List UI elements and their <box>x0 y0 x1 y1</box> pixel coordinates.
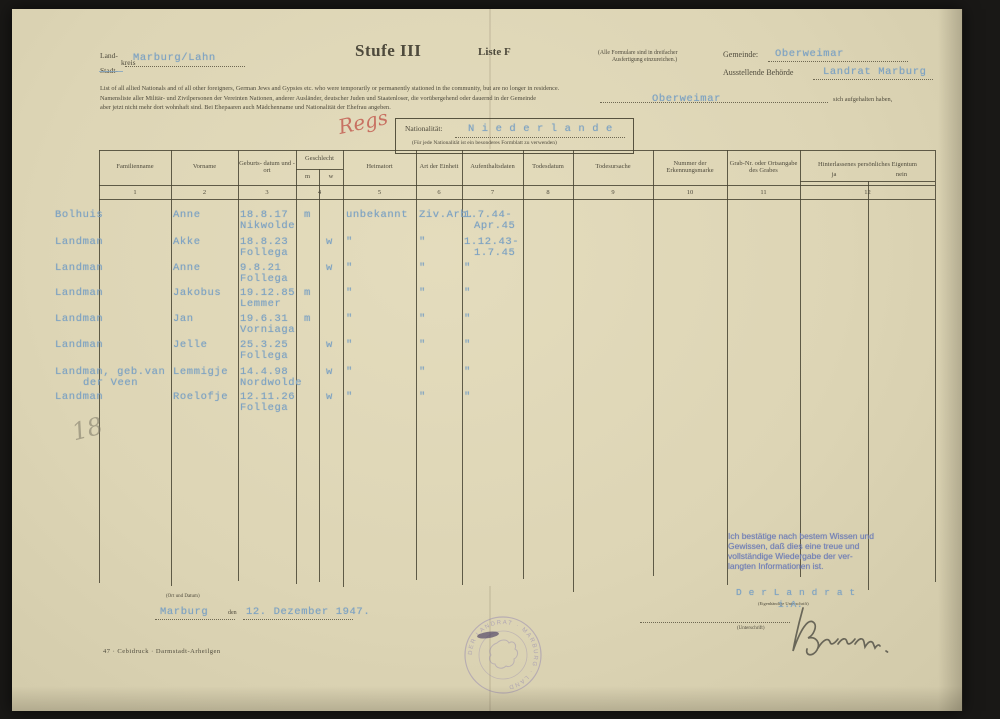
certification-line3: vollständige Wiedergabe der ver- <box>728 551 853 561</box>
row-8-cell-heim: " <box>346 391 353 403</box>
row-5-cell-m: m <box>304 313 311 325</box>
row-6-cell-geb2: Follega <box>240 350 288 362</box>
column-number-10: 10 <box>653 186 727 198</box>
copies-note-line2: Ausfertigung einzureichen.) <box>612 57 677 64</box>
column-header-3: Geburts- datum und -ort <box>239 151 295 183</box>
datum-value: 12. Dezember 1947. <box>246 606 370 618</box>
datum-fill-line <box>243 619 353 620</box>
table-grid-line <box>416 150 417 580</box>
row-6-cell-auf1: " <box>464 339 471 351</box>
table-grid-line <box>935 150 936 582</box>
row-8-cell-vor: Roelofje <box>173 391 228 403</box>
row-5-cell-art: " <box>419 313 426 325</box>
row-4-cell-art: " <box>419 287 426 299</box>
liste-label: Liste F <box>478 46 511 58</box>
page-edge-shadow-right <box>938 9 963 711</box>
row-2-cell-geb2: Follega <box>240 247 288 259</box>
column-number-12: 12 <box>800 186 935 198</box>
land-label: Land- <box>100 51 118 60</box>
kreis-fill-line <box>125 66 245 67</box>
kreis-value: Marburg/Lahn <box>133 52 216 64</box>
page-edge-shadow-bottom <box>12 686 962 711</box>
ort-datum-label: (Ort und Datum) <box>166 594 200 599</box>
column-header-8: Todesdatum <box>524 151 572 183</box>
table-grid-line <box>800 181 935 182</box>
eigentum-sub-ja: ja <box>800 169 868 180</box>
row-6-cell-vor: Jelle <box>173 339 208 351</box>
nationality-value: N i e d e r l a n d e <box>468 123 613 135</box>
gemeinde-label: Gemeinde: <box>723 50 758 59</box>
row-8-cell-fam: Landman <box>55 391 103 403</box>
row-4-cell-vor: Jakobus <box>173 287 221 299</box>
nationality-note: (Für jede Nationalität ist ein besondere… <box>412 140 557 146</box>
column-number-6: 6 <box>416 186 462 198</box>
row-7-cell-fam2: der Veen <box>83 377 138 389</box>
column-number-3: 3 <box>238 186 296 198</box>
certification-line4: langten Informationen ist. <box>728 561 823 571</box>
stadt-strikethrough <box>99 71 123 72</box>
column-number-5: 5 <box>343 186 416 198</box>
row-2-cell-auf2: 1.7.45 <box>474 247 515 259</box>
row-4-cell-heim: " <box>346 287 353 299</box>
row-7-cell-heim: " <box>346 366 353 378</box>
intro-german-1: Namensliste aller Militär- und Zivilpers… <box>100 95 536 102</box>
row-5-cell-heim: " <box>346 313 353 325</box>
row-4-cell-auf1: " <box>464 287 471 299</box>
column-header-6: Art der Einheit <box>417 151 461 183</box>
table-grid-line <box>573 150 574 592</box>
row-2-cell-fam: Landman <box>55 236 103 248</box>
table-grid-line <box>238 150 239 581</box>
row-7-cell-art: " <box>419 366 426 378</box>
row-3-cell-art: " <box>419 262 426 274</box>
row-8-cell-art: " <box>419 391 426 403</box>
intro-german-2: sich aufgehalten haben, <box>833 96 892 103</box>
ort-value: Marburg <box>160 606 208 618</box>
row-7-cell-vor: Lemmigje <box>173 366 228 378</box>
row-5-cell-geb2: Vorniaga <box>240 324 295 336</box>
column-header-4: Geschlecht <box>297 151 342 167</box>
den-label: den <box>228 610 237 616</box>
row-4-cell-fam: Landman <box>55 287 103 299</box>
row-6-cell-art: " <box>419 339 426 351</box>
row-2-cell-art: " <box>419 236 426 248</box>
scanned-document: Land- kreis Stadt- Marburg/Lahn Stufe II… <box>0 0 1000 719</box>
signature-line <box>640 622 790 623</box>
row-3-cell-w: w <box>326 262 333 274</box>
row-2-cell-heim: " <box>346 236 353 248</box>
table-grid-line <box>868 181 869 590</box>
row-7-cell-w: w <box>326 366 333 378</box>
table-grid-line <box>319 169 320 582</box>
handwritten-signature <box>780 595 900 665</box>
column-header-1: Familienname <box>100 151 170 183</box>
column-number-4: 4 <box>296 186 343 198</box>
row-3-cell-auf1: " <box>464 262 471 274</box>
behoerde-fill-line <box>813 79 933 80</box>
certification-line2: Gewissen, daß dies eine treue und <box>728 541 859 551</box>
eigentum-sub-nein: nein <box>868 169 935 180</box>
row-3-cell-fam: Landman <box>55 262 103 274</box>
row-3-cell-heim: " <box>346 262 353 274</box>
table-grid-line <box>99 199 935 200</box>
row-7-cell-auf1: " <box>464 366 471 378</box>
page-title: Stufe III <box>355 41 421 61</box>
unterschrift-label: (Unterschrift) <box>737 626 765 631</box>
table-grid-line <box>523 150 524 579</box>
intro-german-3: aber jetzt nicht mehr dort wohnhaft sind… <box>100 104 391 111</box>
column-number-7: 7 <box>462 186 523 198</box>
column-number-1: 1 <box>99 186 171 198</box>
row-1-cell-fam: Bolhuis <box>55 209 103 221</box>
geschlecht-sub-w: w <box>319 170 343 182</box>
row-3-cell-vor: Anne <box>173 262 201 274</box>
row-2-cell-w: w <box>326 236 333 248</box>
row-5-cell-vor: Jan <box>173 313 194 325</box>
certification-line1: Ich bestätige nach bestem Wissen und <box>728 531 874 541</box>
row-7-cell-geb2: Nordwolde <box>240 377 302 389</box>
nationality-fill-line <box>455 137 625 138</box>
row-1-cell-geb2: Nikwolde <box>240 220 295 232</box>
nationality-label: Nationalität: <box>405 124 443 133</box>
behoerde-label: Ausstellende Behörde <box>723 68 793 77</box>
table-grid-line <box>296 150 297 584</box>
gemeinde-value: Oberweimar <box>775 48 844 60</box>
row-1-cell-vor: Anne <box>173 209 201 221</box>
column-header-5: Heimatort <box>344 151 415 183</box>
row-4-cell-geb2: Lemmer <box>240 298 281 310</box>
row-4-cell-m: m <box>304 287 311 299</box>
column-header-2: Vorname <box>172 151 237 183</box>
column-number-8: 8 <box>523 186 573 198</box>
behoerde-value: Landrat Marburg <box>823 66 927 78</box>
copies-note-line1: (Alle Formulare sind in dreifacher <box>598 50 678 57</box>
column-number-11: 11 <box>727 186 800 198</box>
row-3-cell-geb2: Follega <box>240 273 288 285</box>
table-grid-line <box>800 150 801 577</box>
table-grid-line <box>727 150 728 585</box>
column-header-7: Aufenthaltsdaten <box>463 151 522 183</box>
intro-gemeinde-value: Oberweimar <box>652 93 721 105</box>
row-1-cell-heim: unbekannt <box>346 209 408 221</box>
row-2-cell-vor: Akke <box>173 236 201 248</box>
row-5-cell-fam: Landman <box>55 313 103 325</box>
ort-fill-line <box>155 619 235 620</box>
geschlecht-sub-m: m <box>296 170 319 182</box>
printer-imprint: 47 · Cebidruck · Darmstadt-Arheilgen <box>103 648 221 655</box>
stamp-coat-of-arms <box>490 640 518 668</box>
row-1-cell-m: m <box>304 209 311 221</box>
row-5-cell-auf1: " <box>464 313 471 325</box>
table-grid-line <box>653 150 654 576</box>
row-8-cell-auf1: " <box>464 391 471 403</box>
column-header-10: Nummer der Erkennungsmarke <box>654 151 726 183</box>
row-1-cell-auf2: Apr.45 <box>474 220 515 232</box>
row-8-cell-w: w <box>326 391 333 403</box>
row-6-cell-w: w <box>326 339 333 351</box>
row-6-cell-fam: Landman <box>55 339 103 351</box>
column-number-2: 2 <box>171 186 238 198</box>
column-header-11: Grab-Nr. oder Ortsangabe des Grabes <box>728 151 799 183</box>
intro-english: List of all allied Nationals and of all … <box>100 85 559 92</box>
table-grid-line <box>343 150 344 587</box>
column-header-9: Todesursache <box>574 151 652 183</box>
row-8-cell-geb2: Follega <box>240 402 288 414</box>
gemeinde-fill-line <box>768 61 908 62</box>
row-6-cell-heim: " <box>346 339 353 351</box>
column-number-9: 9 <box>573 186 653 198</box>
table-grid-line <box>171 150 172 586</box>
